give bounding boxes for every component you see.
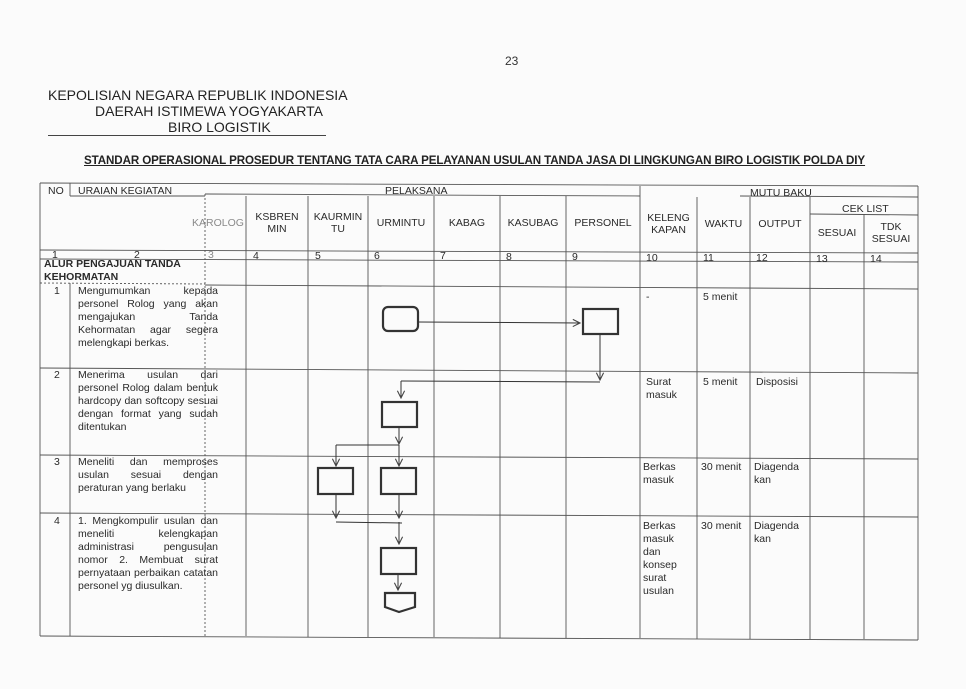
row-4-output: Diagenda kan	[754, 520, 806, 546]
row-1-kelengkapan: -	[646, 291, 650, 304]
row-4-no: 4	[54, 515, 60, 528]
header-urmintu: URMINTU	[368, 196, 434, 250]
header-uraian: URAIAN KEGIATAN	[78, 185, 172, 198]
colnum-12: 12	[756, 252, 768, 265]
header-no: NO	[48, 185, 64, 198]
colnum-6: 6	[374, 250, 380, 263]
colnum-11: 11	[703, 252, 714, 265]
row-2-uraian: Menerima usulan dari personel Rolog dala…	[78, 369, 218, 434]
colnum-5: 5	[315, 250, 321, 263]
row-1-no: 1	[54, 285, 60, 298]
colnum-14: 14	[870, 253, 882, 266]
header-sesuai: SESUAI	[810, 215, 864, 251]
header-output: OUTPUT	[750, 197, 810, 251]
row-3-kelengkapan: Berkas masuk	[643, 461, 691, 487]
row-4-waktu: 30 menit	[701, 520, 741, 533]
row-3-no: 3	[54, 456, 60, 469]
header-kabag: KABAG	[434, 196, 500, 250]
colnum-10: 10	[646, 252, 658, 265]
header-waktu: WAKTU	[697, 197, 750, 251]
colnum-13: 13	[816, 253, 828, 266]
row-2-no: 2	[54, 369, 60, 382]
colnum-8: 8	[506, 251, 512, 264]
row-3-waktu: 30 menit	[701, 461, 741, 474]
colnum-3: 3	[208, 249, 214, 262]
colnum-9: 9	[572, 251, 578, 264]
header-personel: PERSONEL	[566, 196, 640, 250]
colnum-4: 4	[253, 250, 259, 263]
row-2-output: Disposisi	[756, 376, 808, 389]
header-ksbrenmin: KSBREN MIN	[246, 196, 308, 250]
row-2-kelengkapan: Surat masuk	[646, 376, 694, 402]
row-3-output: Diagenda kan	[754, 461, 806, 487]
row-4-uraian: 1. Mengkompulir usulan dan meneliti kele…	[78, 515, 218, 593]
terminator-shape	[383, 307, 418, 331]
header-kelengkapan: KELENG KAPAN	[640, 197, 697, 251]
row-1-waktu: 5 menit	[703, 291, 737, 304]
row-3-uraian: Meneliti dan memproses usulan sesuai den…	[78, 456, 218, 495]
header-kasubag: KASUBAG	[500, 196, 566, 250]
header-karolog: KAROLOG	[188, 196, 248, 250]
header-tdk-sesuai: TDK SESUAI	[864, 215, 918, 251]
colnum-7: 7	[440, 250, 446, 263]
row-2-waktu: 5 menit	[703, 376, 737, 389]
section-heading: ALUR PENGAJUAN TANDA KEHORMATAN	[44, 258, 194, 284]
row-4-kelengkapan: Berkas masuk dan konsep surat usulan	[643, 520, 691, 598]
header-kaurmintu: KAURMIN TU	[308, 196, 368, 250]
row-1-uraian: Mengumumkan kepada personel Rolog yang a…	[78, 285, 218, 350]
